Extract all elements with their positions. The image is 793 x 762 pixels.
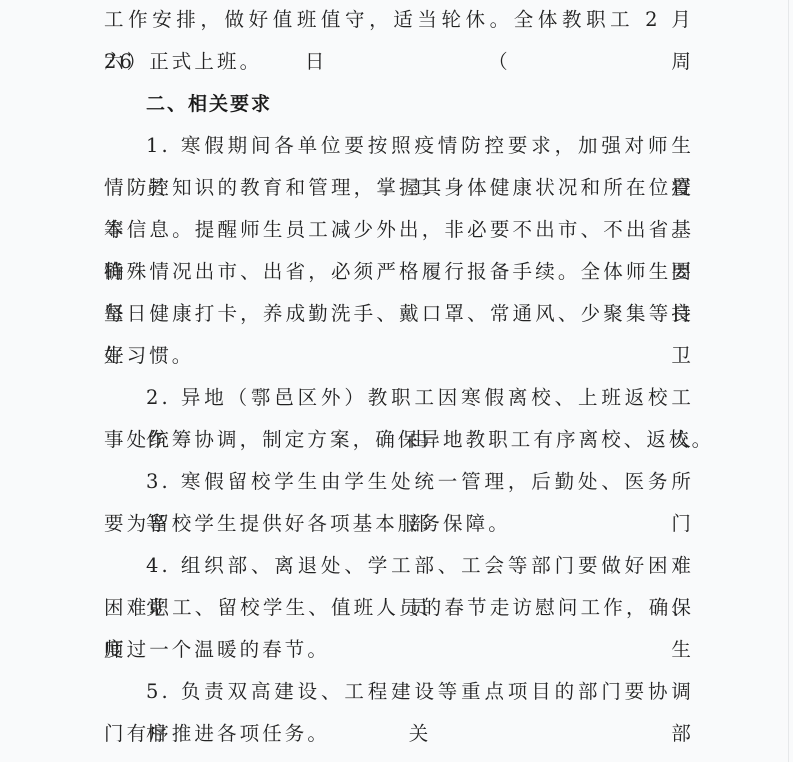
paragraph-line: 每日健康打卡，养成勤洗手、戴口罩、常通风、少聚集等良好卫 <box>104 293 694 335</box>
paragraph-line: 1. 寒假期间各单位要按照疫情防控要求，加强对师生员工疫 <box>104 125 694 167</box>
requirement-item-2: 2. 异地（鄠邑区外）教职工因寒假离校、上班返校工作由人 事处统筹协调，制定方案… <box>104 377 694 461</box>
requirement-item-3: 3. 寒假留校学生由学生处统一管理，后勤处、医务所等部门 要为留校学生提供好各项… <box>104 461 694 545</box>
paragraph-line: 本信息。提醒师生员工减少外出，非必要不出市、不出省。确因 <box>104 209 694 251</box>
document-body: 工作安排，做好值班值守，适当轮休。全体教职工 2 月 26 日（周 六）正式上班… <box>104 0 694 755</box>
paragraph-line: 情防控知识的教育和管理，掌握其身体健康状况和所在位置等基 <box>104 167 694 209</box>
paragraph-line: 4. 组织部、离退处、学工部、工会等部门要做好困难党员、 <box>104 545 694 587</box>
section-heading: 二、相关要求 <box>104 83 694 125</box>
paragraph-line: 特殊情况出市、出省，必须严格履行报备手续。全体师生要坚持 <box>104 251 694 293</box>
paragraph-line: 事处统筹协调，制定方案，确保异地教职工有序离校、返校。 <box>104 419 694 461</box>
paragraph-line: 工作安排，做好值班值守，适当轮休。全体教职工 2 月 26 日（周 <box>104 0 694 41</box>
requirement-item-4: 4. 组织部、离退处、学工部、工会等部门要做好困难党员、 困难职工、留校学生、值… <box>104 545 694 671</box>
requirement-item-1: 1. 寒假期间各单位要按照疫情防控要求，加强对师生员工疫 情防控知识的教育和管理… <box>104 125 694 377</box>
document-page: 工作安排，做好值班值守，适当轮休。全体教职工 2 月 26 日（周 六）正式上班… <box>0 0 789 762</box>
requirement-item-5: 5. 负责双高建设、工程建设等重点项目的部门要协调相关部 门有序推进各项任务。 <box>104 671 694 755</box>
paragraph-line: 3. 寒假留校学生由学生处统一管理，后勤处、医务所等部门 <box>104 461 694 503</box>
paragraph-line: 困难职工、留校学生、值班人员的春节走访慰问工作，确保师生 <box>104 587 694 629</box>
paragraph-line: 2. 异地（鄠邑区外）教职工因寒假离校、上班返校工作由人 <box>104 377 694 419</box>
paragraph-line: 5. 负责双高建设、工程建设等重点项目的部门要协调相关部 <box>104 671 694 713</box>
